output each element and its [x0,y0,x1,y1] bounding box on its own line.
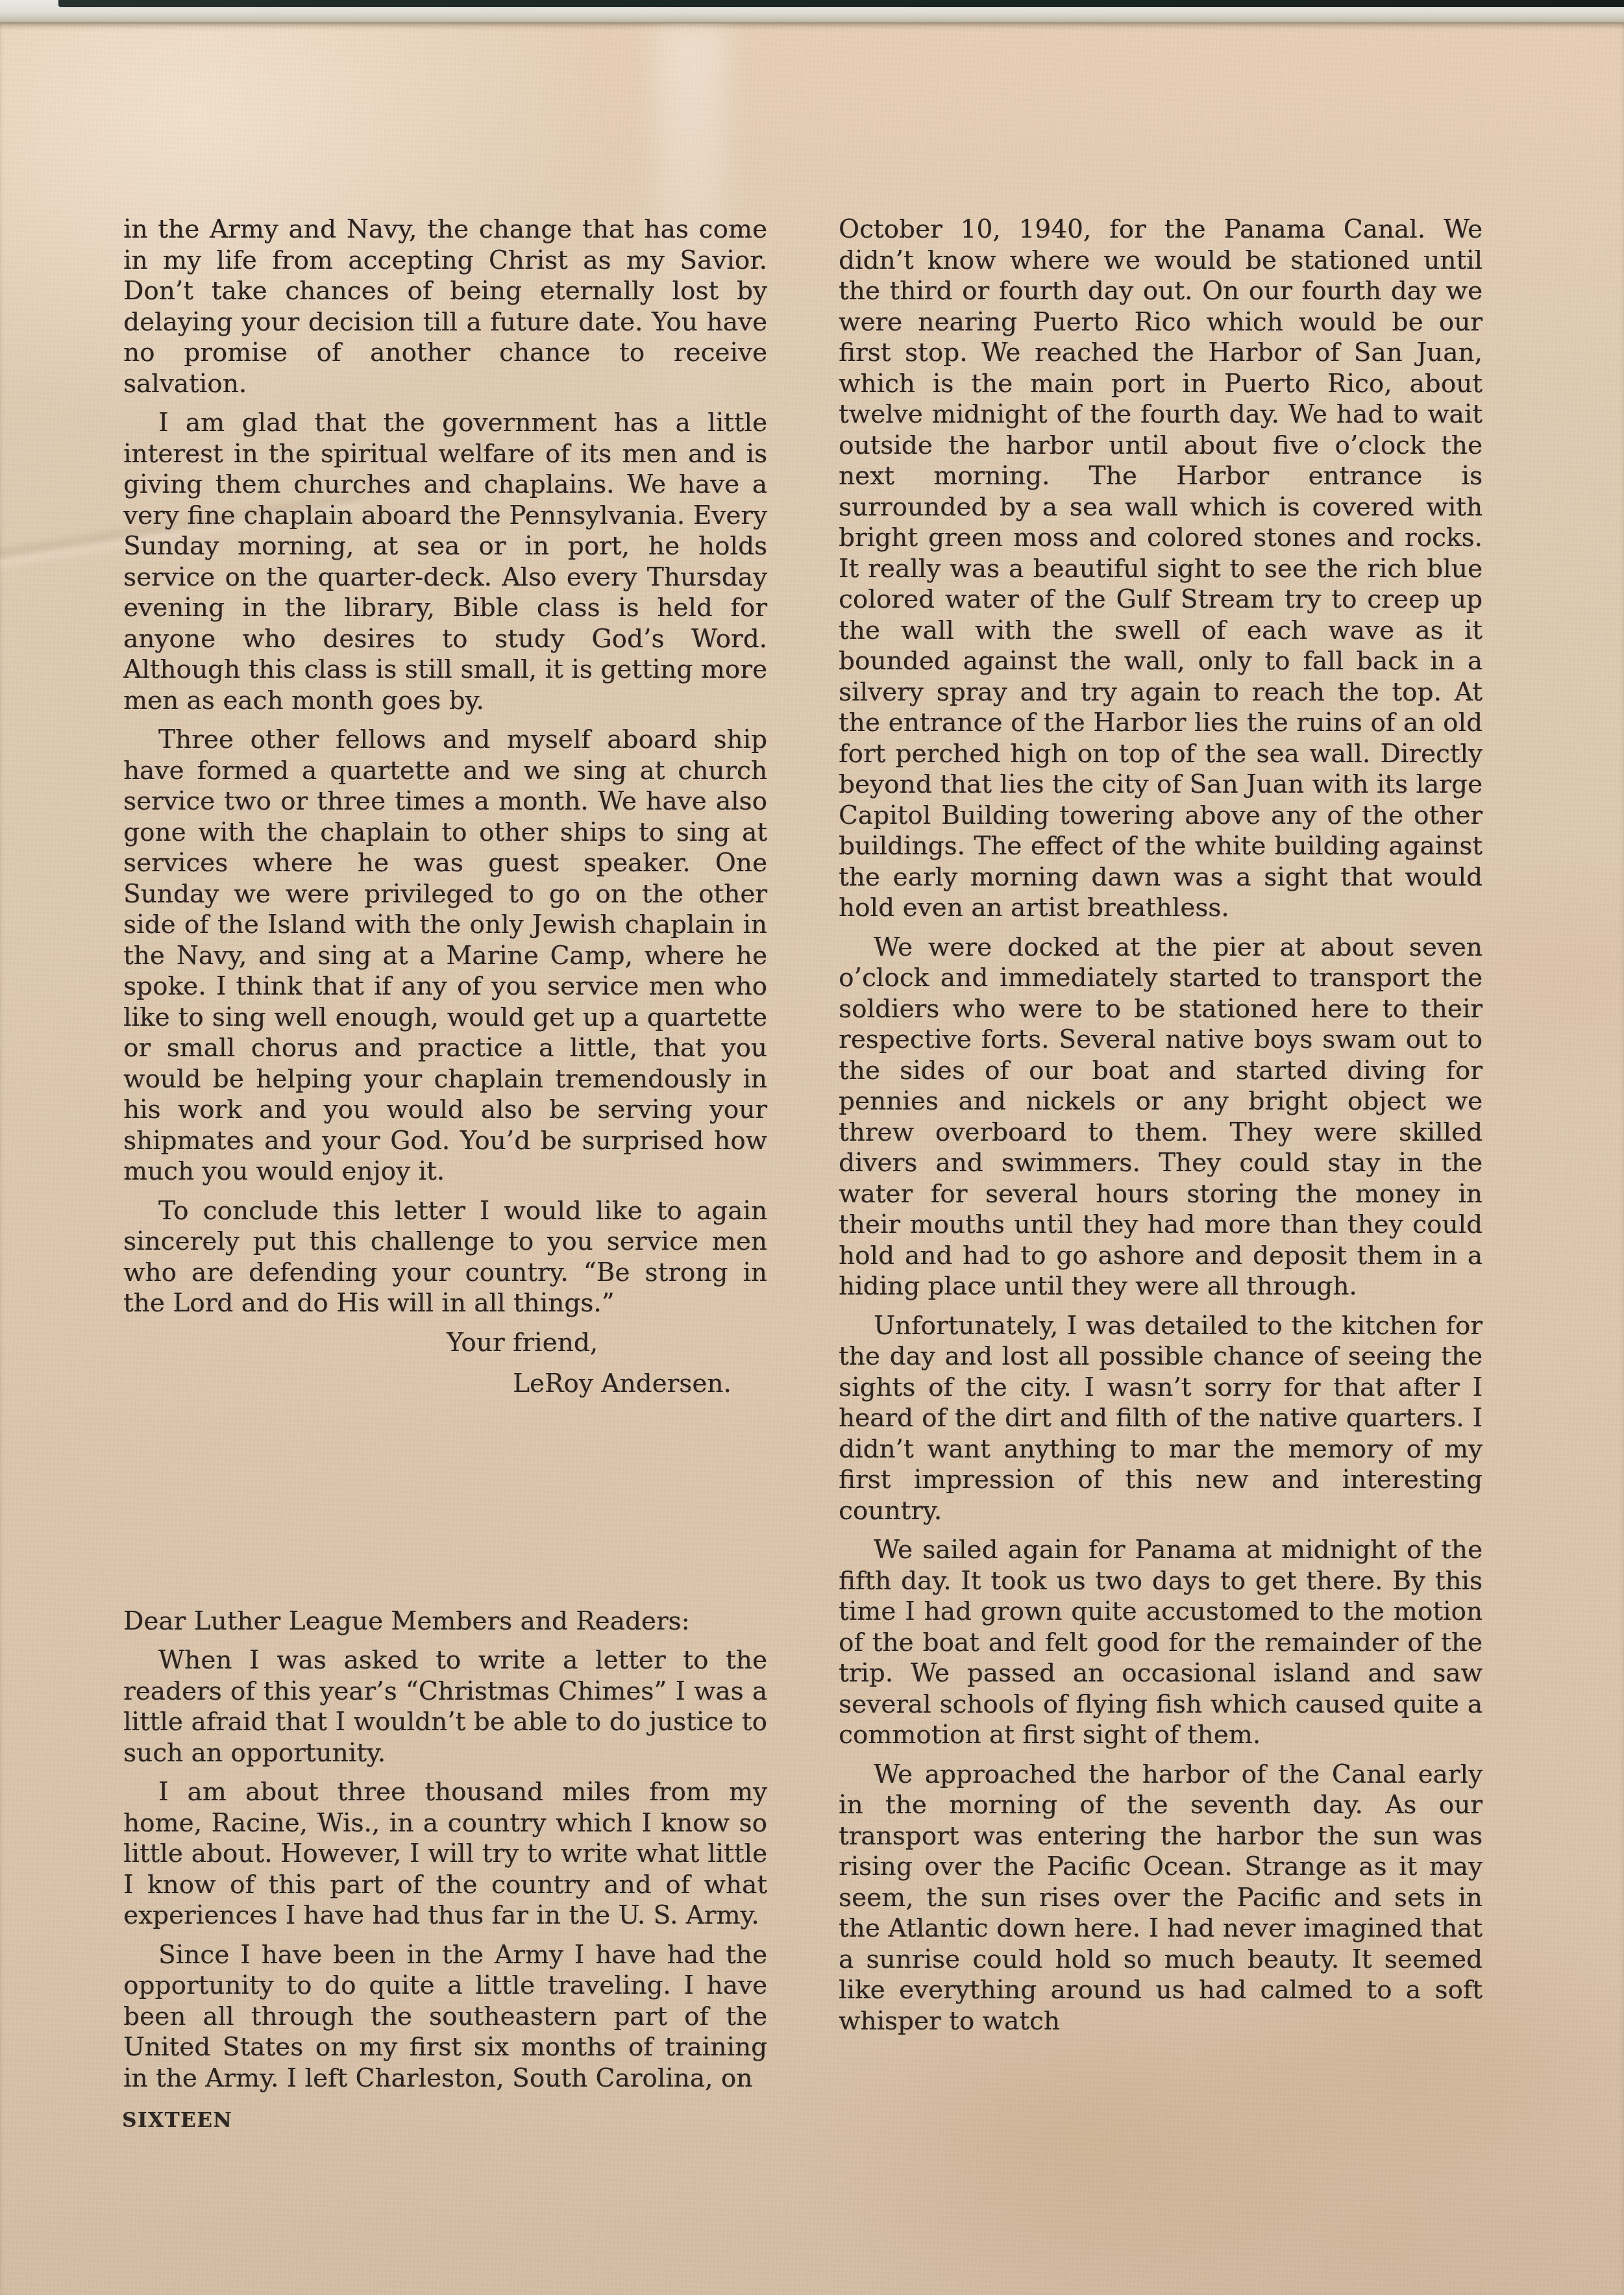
paragraph: I am about three thousand miles from my … [123,1777,767,1931]
second-letter: Dear Luther League Members and Readers: … [123,1606,767,2094]
paragraph: October 10, 1940, for the Panama Canal. … [839,214,1483,924]
letter-salutation: Dear Luther League Members and Readers: [123,1606,767,1637]
paragraph: Unfortunately, I was detailed to the kit… [839,1311,1483,1527]
scanned-page: in the Army and Navy, the change that ha… [0,0,1624,2295]
paragraph: in the Army and Navy, the change that ha… [123,214,767,399]
left-column: in the Army and Navy, the change that ha… [123,214,767,2102]
paragraph: I am glad that the government has a litt… [123,408,767,716]
scanner-background-band [58,0,1624,7]
paragraph: We were docked at the pier at about seve… [839,932,1483,1302]
signoff-name: LeRoy Andersen. [513,1369,767,1400]
paragraph: Three other fellows and myself aboard sh… [123,725,767,1187]
paragraph: Since I have been in the Army I have had… [123,1940,767,2094]
paragraph: We approached the harbor of the Canal ea… [839,1759,1483,2037]
paragraph: We sailed again for Panama at midnight o… [839,1535,1483,1751]
paragraph: When I was asked to write a letter to th… [123,1645,767,1768]
right-column: October 10, 1940, for the Panama Canal. … [839,214,1483,2045]
paragraph: To conclude this letter I would like to … [123,1196,767,1319]
signoff-your-friend: Your friend, [447,1328,767,1359]
page-number-label: SIXTEEN [122,2109,232,2132]
paper-sheet: in the Army and Navy, the change that ha… [0,23,1624,2295]
